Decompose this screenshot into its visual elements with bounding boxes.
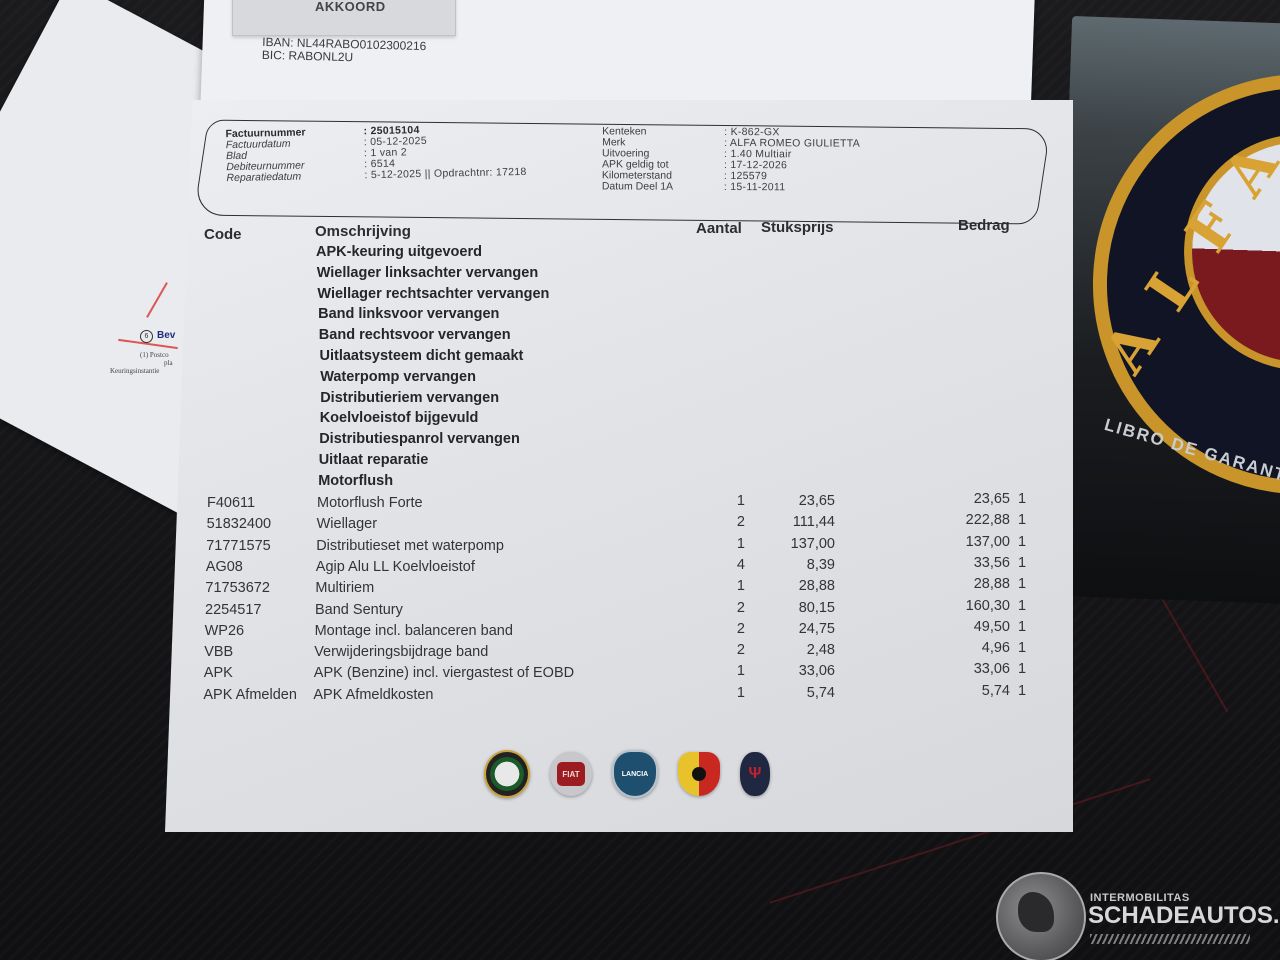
line-code: 71771575 bbox=[206, 538, 316, 554]
line-code: VBB bbox=[204, 644, 314, 660]
line-code: WP26 bbox=[205, 623, 315, 639]
column-unit-price: Stuksprijs bbox=[761, 219, 834, 236]
work-performed-item: Distributiespanrol vervangen bbox=[319, 431, 520, 447]
line-description: Agip Alu LL Koelvloeistof bbox=[316, 559, 616, 575]
line-unit-price: 28,88 bbox=[760, 578, 835, 594]
line-vat-code: 1 bbox=[1018, 512, 1030, 528]
line-unit-price: 5,74 bbox=[760, 685, 835, 701]
header-field-value: : 15-11-2011 bbox=[724, 182, 786, 193]
line-code: 71753672 bbox=[205, 580, 315, 596]
warranty-booklet: ALFA LIBRO DE GARANT bbox=[1052, 16, 1280, 604]
column-amount: Bedrag bbox=[958, 217, 1010, 234]
line-vat-code: 1 bbox=[1018, 576, 1030, 592]
line-code: F40611 bbox=[207, 495, 317, 511]
line-quantity: 1 bbox=[700, 663, 745, 679]
line-unit-price: 137,00 bbox=[760, 536, 835, 552]
line-description: APK Afmeldkosten bbox=[313, 687, 613, 703]
line-description: Motorflush Forte bbox=[317, 495, 617, 511]
line-quantity: 1 bbox=[700, 493, 745, 509]
line-amount: 137,00 bbox=[920, 534, 1010, 550]
vehicle-header-right: Kenteken: K-862-GXMerk: ALFA ROMEO GIULI… bbox=[602, 126, 860, 193]
line-vat-code: 1 bbox=[1018, 534, 1030, 550]
line-quantity: 1 bbox=[700, 685, 745, 701]
line-description: Verwijderingsbijdrage band bbox=[314, 644, 614, 660]
work-performed-item: Wiellager rechtsachter vervangen bbox=[317, 286, 549, 302]
work-performed-item: Wiellager linksachter vervangen bbox=[317, 265, 539, 281]
line-amount: 28,88 bbox=[920, 576, 1010, 592]
globe-icon bbox=[996, 872, 1086, 960]
line-amount: 5,74 bbox=[920, 683, 1010, 699]
header-field-label: Datum Deel 1A bbox=[602, 181, 724, 193]
work-performed-item: Motorflush bbox=[318, 473, 393, 489]
line-quantity: 4 bbox=[700, 557, 745, 573]
akkoord-stamp: AKKOORD bbox=[232, 0, 456, 36]
line-unit-price: 24,75 bbox=[760, 621, 835, 637]
line-quantity: 1 bbox=[700, 536, 745, 552]
lancia-logo-icon: LANCIA bbox=[612, 750, 658, 798]
scorpion-icon bbox=[692, 767, 706, 781]
maserati-logo-icon: Ψ bbox=[740, 752, 770, 796]
line-code: 2254517 bbox=[205, 602, 315, 618]
work-performed-item: Uitlaat reparatie bbox=[319, 452, 429, 468]
line-amount: 33,06 bbox=[920, 661, 1010, 677]
line-vat-code: 1 bbox=[1018, 598, 1030, 614]
column-quantity: Aantal bbox=[696, 220, 742, 237]
line-quantity: 1 bbox=[700, 578, 745, 594]
line-unit-price: 2,48 bbox=[760, 642, 835, 658]
column-code: Code bbox=[204, 226, 242, 243]
work-performed-item: Band linksvoor vervangen bbox=[318, 306, 499, 322]
line-unit-price: 80,15 bbox=[760, 600, 835, 616]
line-amount: 49,50 bbox=[920, 619, 1010, 635]
line-unit-price: 8,39 bbox=[760, 557, 835, 573]
line-description: Wiellager bbox=[317, 516, 617, 532]
work-performed-item: Koelvloeistof bijgevuld bbox=[320, 410, 479, 426]
column-description: Omschrijving bbox=[315, 223, 411, 240]
bank-details: IBAN: NL44RABO0102300216 BIC: RABONL2U bbox=[262, 36, 427, 66]
invoice-header-left: Factuurnummer: 25015104Factuurdatum: 05-… bbox=[225, 123, 526, 184]
line-vat-code: 1 bbox=[1018, 661, 1030, 677]
work-performed-item: Distributieriem vervangen bbox=[320, 390, 499, 406]
line-vat-code: 1 bbox=[1018, 619, 1030, 635]
work-performed-item: APK-keuring uitgevoerd bbox=[316, 244, 482, 260]
back-form-text: 6Bev (1) Postco pla Keuringsinstantie bbox=[140, 330, 175, 375]
line-amount: 222,88 bbox=[920, 512, 1010, 528]
line-vat-code: 1 bbox=[1018, 491, 1030, 507]
line-description: Montage incl. balanceren band bbox=[315, 623, 615, 639]
line-description: Multiriem bbox=[315, 580, 615, 596]
line-description: Distributieset met waterpomp bbox=[316, 538, 616, 554]
line-quantity: 2 bbox=[700, 642, 745, 658]
brand-logos: FIATLANCIAΨ bbox=[484, 750, 770, 798]
line-amount: 160,30 bbox=[920, 598, 1010, 614]
line-quantity: 2 bbox=[700, 514, 745, 530]
line-amount: 23,65 bbox=[920, 491, 1010, 507]
line-quantity: 2 bbox=[700, 600, 745, 616]
trident-icon: Ψ bbox=[749, 765, 762, 783]
work-performed-item: Band rechtsvoor vervangen bbox=[319, 327, 511, 343]
header-field: Datum Deel 1A: 15-11-2011 bbox=[602, 181, 860, 193]
line-unit-price: 23,65 bbox=[760, 493, 835, 509]
line-amount: 33,56 bbox=[920, 555, 1010, 571]
line-code: APK Afmelden bbox=[203, 687, 313, 703]
line-unit-price: 111,44 bbox=[760, 514, 835, 530]
tire-track-decoration bbox=[1090, 934, 1250, 944]
line-quantity: 2 bbox=[700, 621, 745, 637]
line-unit-price: 33,06 bbox=[760, 663, 835, 679]
line-description: APK (Benzine) incl. viergastest of EOBD bbox=[314, 665, 614, 681]
line-description: Band Sentury bbox=[315, 602, 615, 618]
line-code: AG08 bbox=[206, 559, 316, 575]
work-performed-item: Waterpomp vervangen bbox=[320, 369, 476, 385]
abarth-logo-icon bbox=[678, 752, 720, 796]
work-performed-item: Uitlaatsysteem dicht gemaakt bbox=[320, 348, 524, 364]
alfa-romeo-logo-icon bbox=[484, 750, 530, 798]
line-vat-code: 1 bbox=[1018, 640, 1030, 656]
line-vat-code: 1 bbox=[1018, 683, 1030, 699]
line-code: APK bbox=[204, 665, 314, 681]
line-vat-code: 1 bbox=[1018, 555, 1030, 571]
line-code: 51832400 bbox=[207, 516, 317, 532]
fiat-logo-icon: FIAT bbox=[550, 752, 592, 796]
line-amount: 4,96 bbox=[920, 640, 1010, 656]
